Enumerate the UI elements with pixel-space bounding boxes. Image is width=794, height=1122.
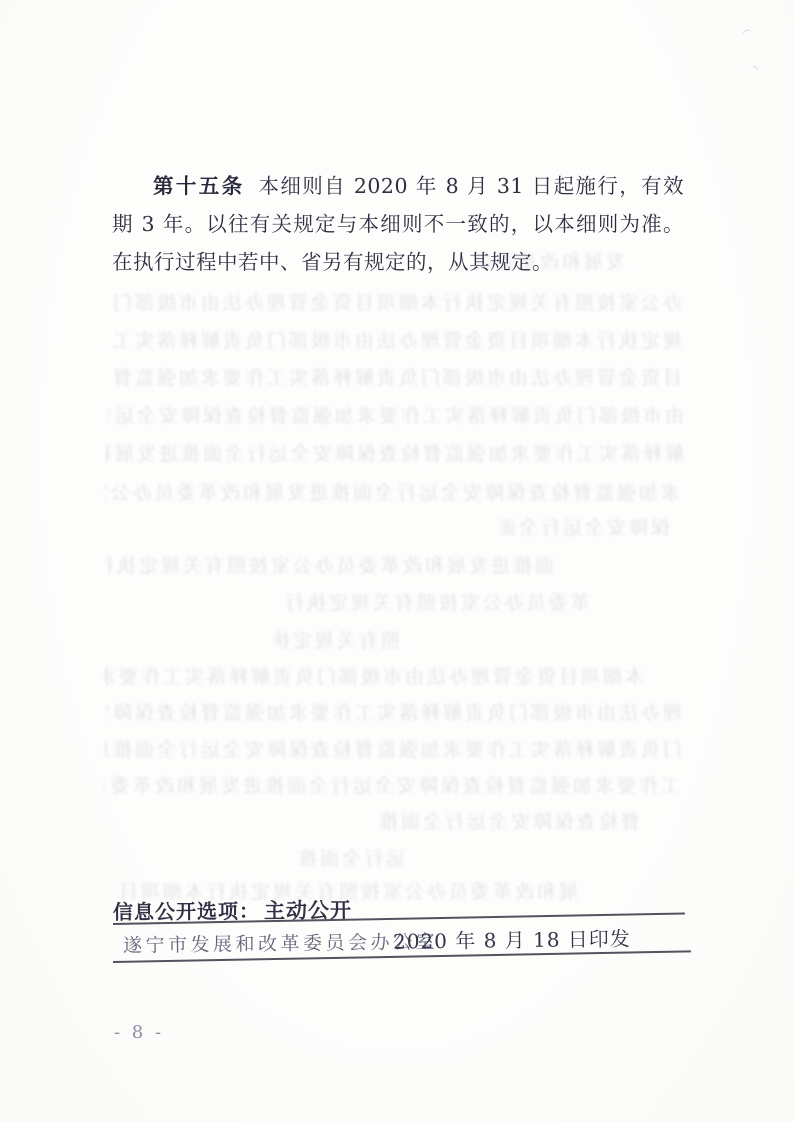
article-number-heading: 第十五条 xyxy=(153,174,244,198)
bleed-through-line: 办公室按照有关规定执行本细项目资金管理办法由市级部门 xyxy=(110,291,682,315)
scan-artifact-mark xyxy=(749,64,760,74)
scanned-document-page: 发展和改革委员办办公室按照有关规定执行本细项目资金管理办法由市级部门规定执行本细… xyxy=(0,0,794,1122)
bleed-through-line: 由市级部门负责解释落实工作要求加强监督检查保障安全运行 xyxy=(108,404,684,428)
bleed-through-line: 工作要求加强监督检查保障安全运行全面推进发展和改革委员 xyxy=(104,774,680,798)
bleed-through-line: 督检查保障安全运行全面推 xyxy=(380,810,640,834)
bleed-through-line: 运行全面推 xyxy=(297,847,405,871)
issuing-office: 遂宁市发展和改革委员会办公室 xyxy=(123,927,438,958)
bleed-through-line: 解释落实工作要求加强监督检查保障安全运行全面推进发展和 xyxy=(106,442,684,466)
bleed-through-line: 革委员办公室按照有关规定执行本 xyxy=(280,591,590,615)
article-paragraph: 第十五条本细则自 2020 年 8 月 31 日起施行，有效期 3 年。以往有关… xyxy=(112,167,684,281)
bleed-through-line: 门负责解释落实工作要求加强监督检查保障安全运行全面推进 xyxy=(104,738,682,762)
bleed-through-line: 理办法由市级部门负责解释落实工作要求加强监督检查保障安 xyxy=(106,701,682,725)
page-number: - 8 - xyxy=(114,1022,164,1043)
bleed-through-line: 本细项目资金管理办法由市级部门负责解释落实工作要求 xyxy=(104,665,644,689)
bleed-through-line: 保障安全运行全面 xyxy=(500,516,670,540)
print-date: 2020 年 8 月 18 日印发 xyxy=(393,923,631,955)
bleed-through-line: 照有关规定执 xyxy=(275,629,400,653)
bleed-through-line: 求加强监督检查保障安全运行全面推进发展和改革委员办公室 xyxy=(104,481,680,505)
bleed-through-line: 面推进发展和改革委员办公室按照有关规定执行 xyxy=(104,554,554,578)
bleed-through-line: 目资金管理办法由市级部门负责解释落实工作要求加强监督 xyxy=(110,366,682,390)
bleed-through-line: 规定执行本细项目资金管理办法由市级部门负责解释落实工 xyxy=(110,329,682,353)
scan-artifact-mark xyxy=(741,29,753,40)
